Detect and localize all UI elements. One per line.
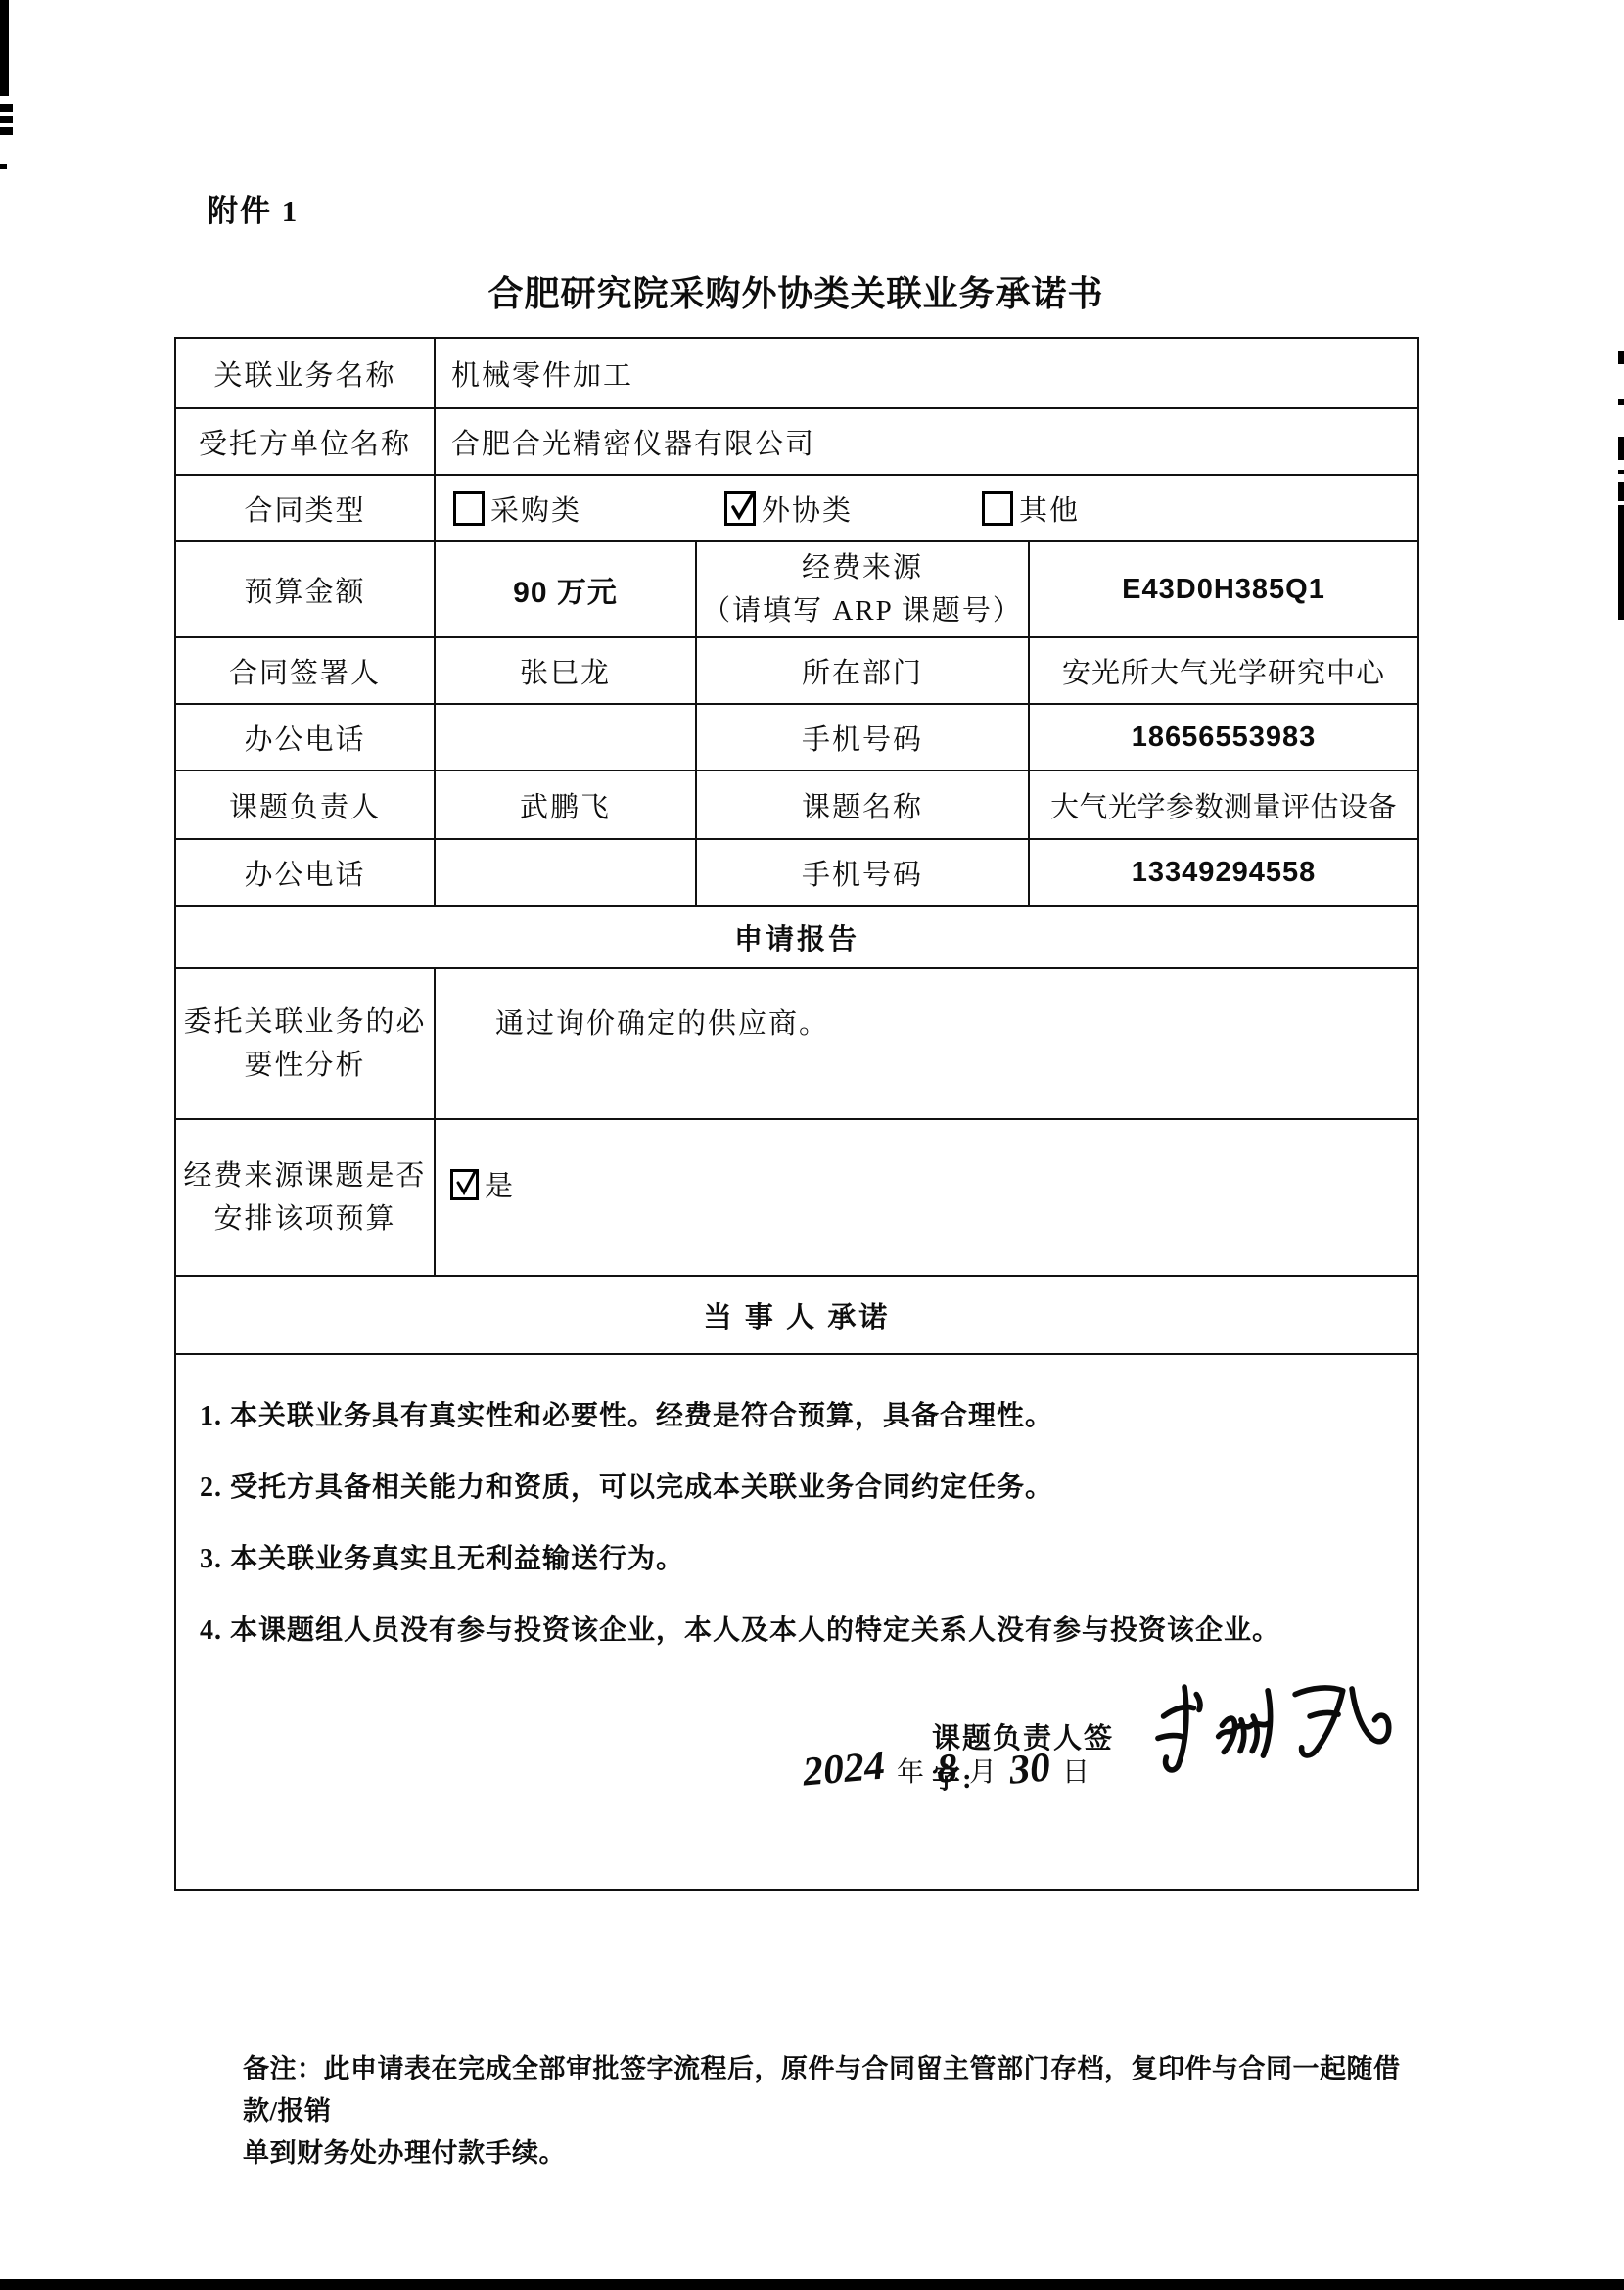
row-section-commitment: 当 事 人 承诺 xyxy=(175,1276,1418,1354)
arp-project-number: E43D0H385Q1 xyxy=(1029,541,1418,637)
budget-arranged-label: 经费来源课题是否 安排该项预算 xyxy=(175,1119,435,1276)
row-office-phone-1: 办公电话 手机号码 18656553983 xyxy=(175,704,1418,771)
signer-label: 合同签署人 xyxy=(175,637,435,704)
page-title: 合肥研究院采购外协类关联业务承诺书 xyxy=(174,266,1417,316)
checkbox-unchecked xyxy=(453,491,485,526)
mobile-label: 手机号码 xyxy=(696,839,1029,906)
scan-artifact-bottom-bar xyxy=(0,2279,1624,2290)
project-name-label: 课题名称 xyxy=(696,771,1029,839)
project-leader-value: 武鹏飞 xyxy=(435,771,696,839)
section-header-application-report: 申请报告 xyxy=(175,906,1418,968)
date-year-handwritten: 2024 xyxy=(801,1745,886,1793)
row-section-application-report: 申请报告 xyxy=(175,906,1418,968)
option-label: 采购类 xyxy=(490,489,581,529)
date-day-handwritten: 30 xyxy=(1007,1747,1052,1792)
commitment-item: 1. 本关联业务具有真实性和必要性。经费是符合预算，具备合理性。 xyxy=(200,1380,1398,1452)
row-trustee-name: 受托方单位名称 合肥合光精密仪器有限公司 xyxy=(175,408,1418,475)
scan-artifact-right-dashes xyxy=(1618,351,1624,620)
form-table: 关联业务名称 机械零件加工 受托方单位名称 合肥合光精密仪器有限公司 合同类型 … xyxy=(174,337,1419,1891)
mobile-value: 13349294558 xyxy=(1029,839,1418,906)
contract-type-option-other: 其他 xyxy=(982,489,1080,529)
attachment-label: 附件 1 xyxy=(208,186,299,230)
checkbox-unchecked xyxy=(982,491,1013,526)
commitment-list: 1. 本关联业务具有真实性和必要性。经费是符合预算，具备合理性。 2. 受托方具… xyxy=(176,1355,1417,1666)
scanned-document-page: 附件 1 合肥研究院采购外协类关联业务承诺书 关联业务名称 机械零件加工 受托方… xyxy=(0,0,1624,2290)
checkbox-checked xyxy=(450,1169,479,1200)
necessity-label: 委托关联业务的必 要性分析 xyxy=(175,968,435,1119)
budget-arranged-label-line2: 安排该项预算 xyxy=(180,1197,430,1240)
date-day-unit: 日 xyxy=(1062,1751,1090,1790)
funding-source-label: 经费来源 （请填写 ARP 课题号） xyxy=(696,541,1029,637)
scan-artifact-left-blob xyxy=(0,104,13,139)
option-label: 外协类 xyxy=(762,489,853,529)
row-project-leader: 课题负责人 武鹏飞 课题名称 大气光学参数测量评估设备 xyxy=(175,771,1418,839)
footer-note: 备注：此申请表在完成全部审批签字流程后，原件与合同留主管部门存档，复印件与合同一… xyxy=(243,2048,1422,2174)
footer-note-line1: 备注：此申请表在完成全部审批签字流程后，原件与合同留主管部门存档，复印件与合同一… xyxy=(243,2048,1422,2132)
row-budget-arranged: 经费来源课题是否 安排该项预算 是 xyxy=(175,1119,1418,1276)
trustee-name-label: 受托方单位名称 xyxy=(175,408,435,475)
funding-source-label-line1: 经费来源 xyxy=(698,546,1027,589)
necessity-value: 通过询价确定的供应商。 xyxy=(437,970,1416,1042)
commitment-item: 4. 本课题组人员没有参与投资该企业，本人及本人的特定关系人没有参与投资该企业。 xyxy=(200,1595,1398,1666)
office-phone-value xyxy=(435,704,696,771)
row-budget: 预算金额 90 万元 经费来源 （请填写 ARP 课题号） E43D0H385Q… xyxy=(175,541,1418,637)
department-value: 安光所大气光学研究中心 xyxy=(1029,637,1418,704)
office-phone-value xyxy=(435,839,696,906)
business-name-label: 关联业务名称 xyxy=(175,338,435,408)
contract-type-label: 合同类型 xyxy=(175,475,435,541)
necessity-label-line1: 委托关联业务的必 xyxy=(180,1001,430,1044)
business-name-value: 机械零件加工 xyxy=(435,338,1418,408)
contract-type-option-outsourcing: 外协类 xyxy=(724,489,853,529)
check-icon xyxy=(728,491,756,523)
project-name-value: 大气光学参数测量评估设备 xyxy=(1029,771,1418,839)
budget-value: 90 万元 xyxy=(435,541,696,637)
row-commitments: 1. 本关联业务具有真实性和必要性。经费是符合预算，具备合理性。 2. 受托方具… xyxy=(175,1354,1418,1890)
scan-artifact-left-dash xyxy=(0,164,7,169)
scan-artifact-left-bar xyxy=(0,0,9,96)
handwritten-signature-scribble xyxy=(1143,1674,1417,1787)
commitment-item: 3. 本关联业务真实且无利益输送行为。 xyxy=(200,1523,1398,1595)
contract-type-option-purchase: 采购类 xyxy=(453,489,581,529)
project-leader-label: 课题负责人 xyxy=(175,771,435,839)
signer-value: 张巳龙 xyxy=(435,637,696,704)
mobile-value: 18656553983 xyxy=(1029,704,1418,771)
date-month-handwritten: 8 xyxy=(935,1748,959,1791)
section-header-commitment: 当 事 人 承诺 xyxy=(175,1276,1418,1354)
row-office-phone-2: 办公电话 手机号码 13349294558 xyxy=(175,839,1418,906)
row-business-name: 关联业务名称 机械零件加工 xyxy=(175,338,1418,408)
checkbox-checked xyxy=(724,491,756,526)
date-year-unit: 年 xyxy=(897,1751,925,1790)
footer-note-line2: 单到财务处办理付款手续。 xyxy=(243,2132,1422,2174)
option-label: 是 xyxy=(485,1164,513,1204)
budget-arranged-label-line1: 经费来源课题是否 xyxy=(180,1154,430,1197)
option-label: 其他 xyxy=(1019,489,1080,529)
row-contract-type: 合同类型 采购类 外协类 其他 xyxy=(175,475,1418,541)
row-necessity: 委托关联业务的必 要性分析 通过询价确定的供应商。 xyxy=(175,968,1418,1119)
mobile-label: 手机号码 xyxy=(696,704,1029,771)
office-phone-label: 办公电话 xyxy=(175,839,435,906)
necessity-label-line2: 要性分析 xyxy=(180,1044,430,1087)
office-phone-label: 办公电话 xyxy=(175,704,435,771)
budget-label: 预算金额 xyxy=(175,541,435,637)
funding-source-label-line2: （请填写 ARP 课题号） xyxy=(698,589,1027,632)
date-month-unit: 月 xyxy=(969,1751,998,1790)
handwritten-date: 2024 年 8 月 30 日 xyxy=(803,1749,1102,1790)
budget-arranged-option-yes: 是 xyxy=(437,1121,513,1204)
department-label: 所在部门 xyxy=(696,637,1029,704)
trustee-name-value: 合肥合光精密仪器有限公司 xyxy=(435,408,1418,475)
check-icon xyxy=(454,1169,479,1197)
row-contract-signer: 合同签署人 张巳龙 所在部门 安光所大气光学研究中心 xyxy=(175,637,1418,704)
commitment-item: 2. 受托方具备相关能力和资质，可以完成本关联业务合同约定任务。 xyxy=(200,1452,1398,1523)
